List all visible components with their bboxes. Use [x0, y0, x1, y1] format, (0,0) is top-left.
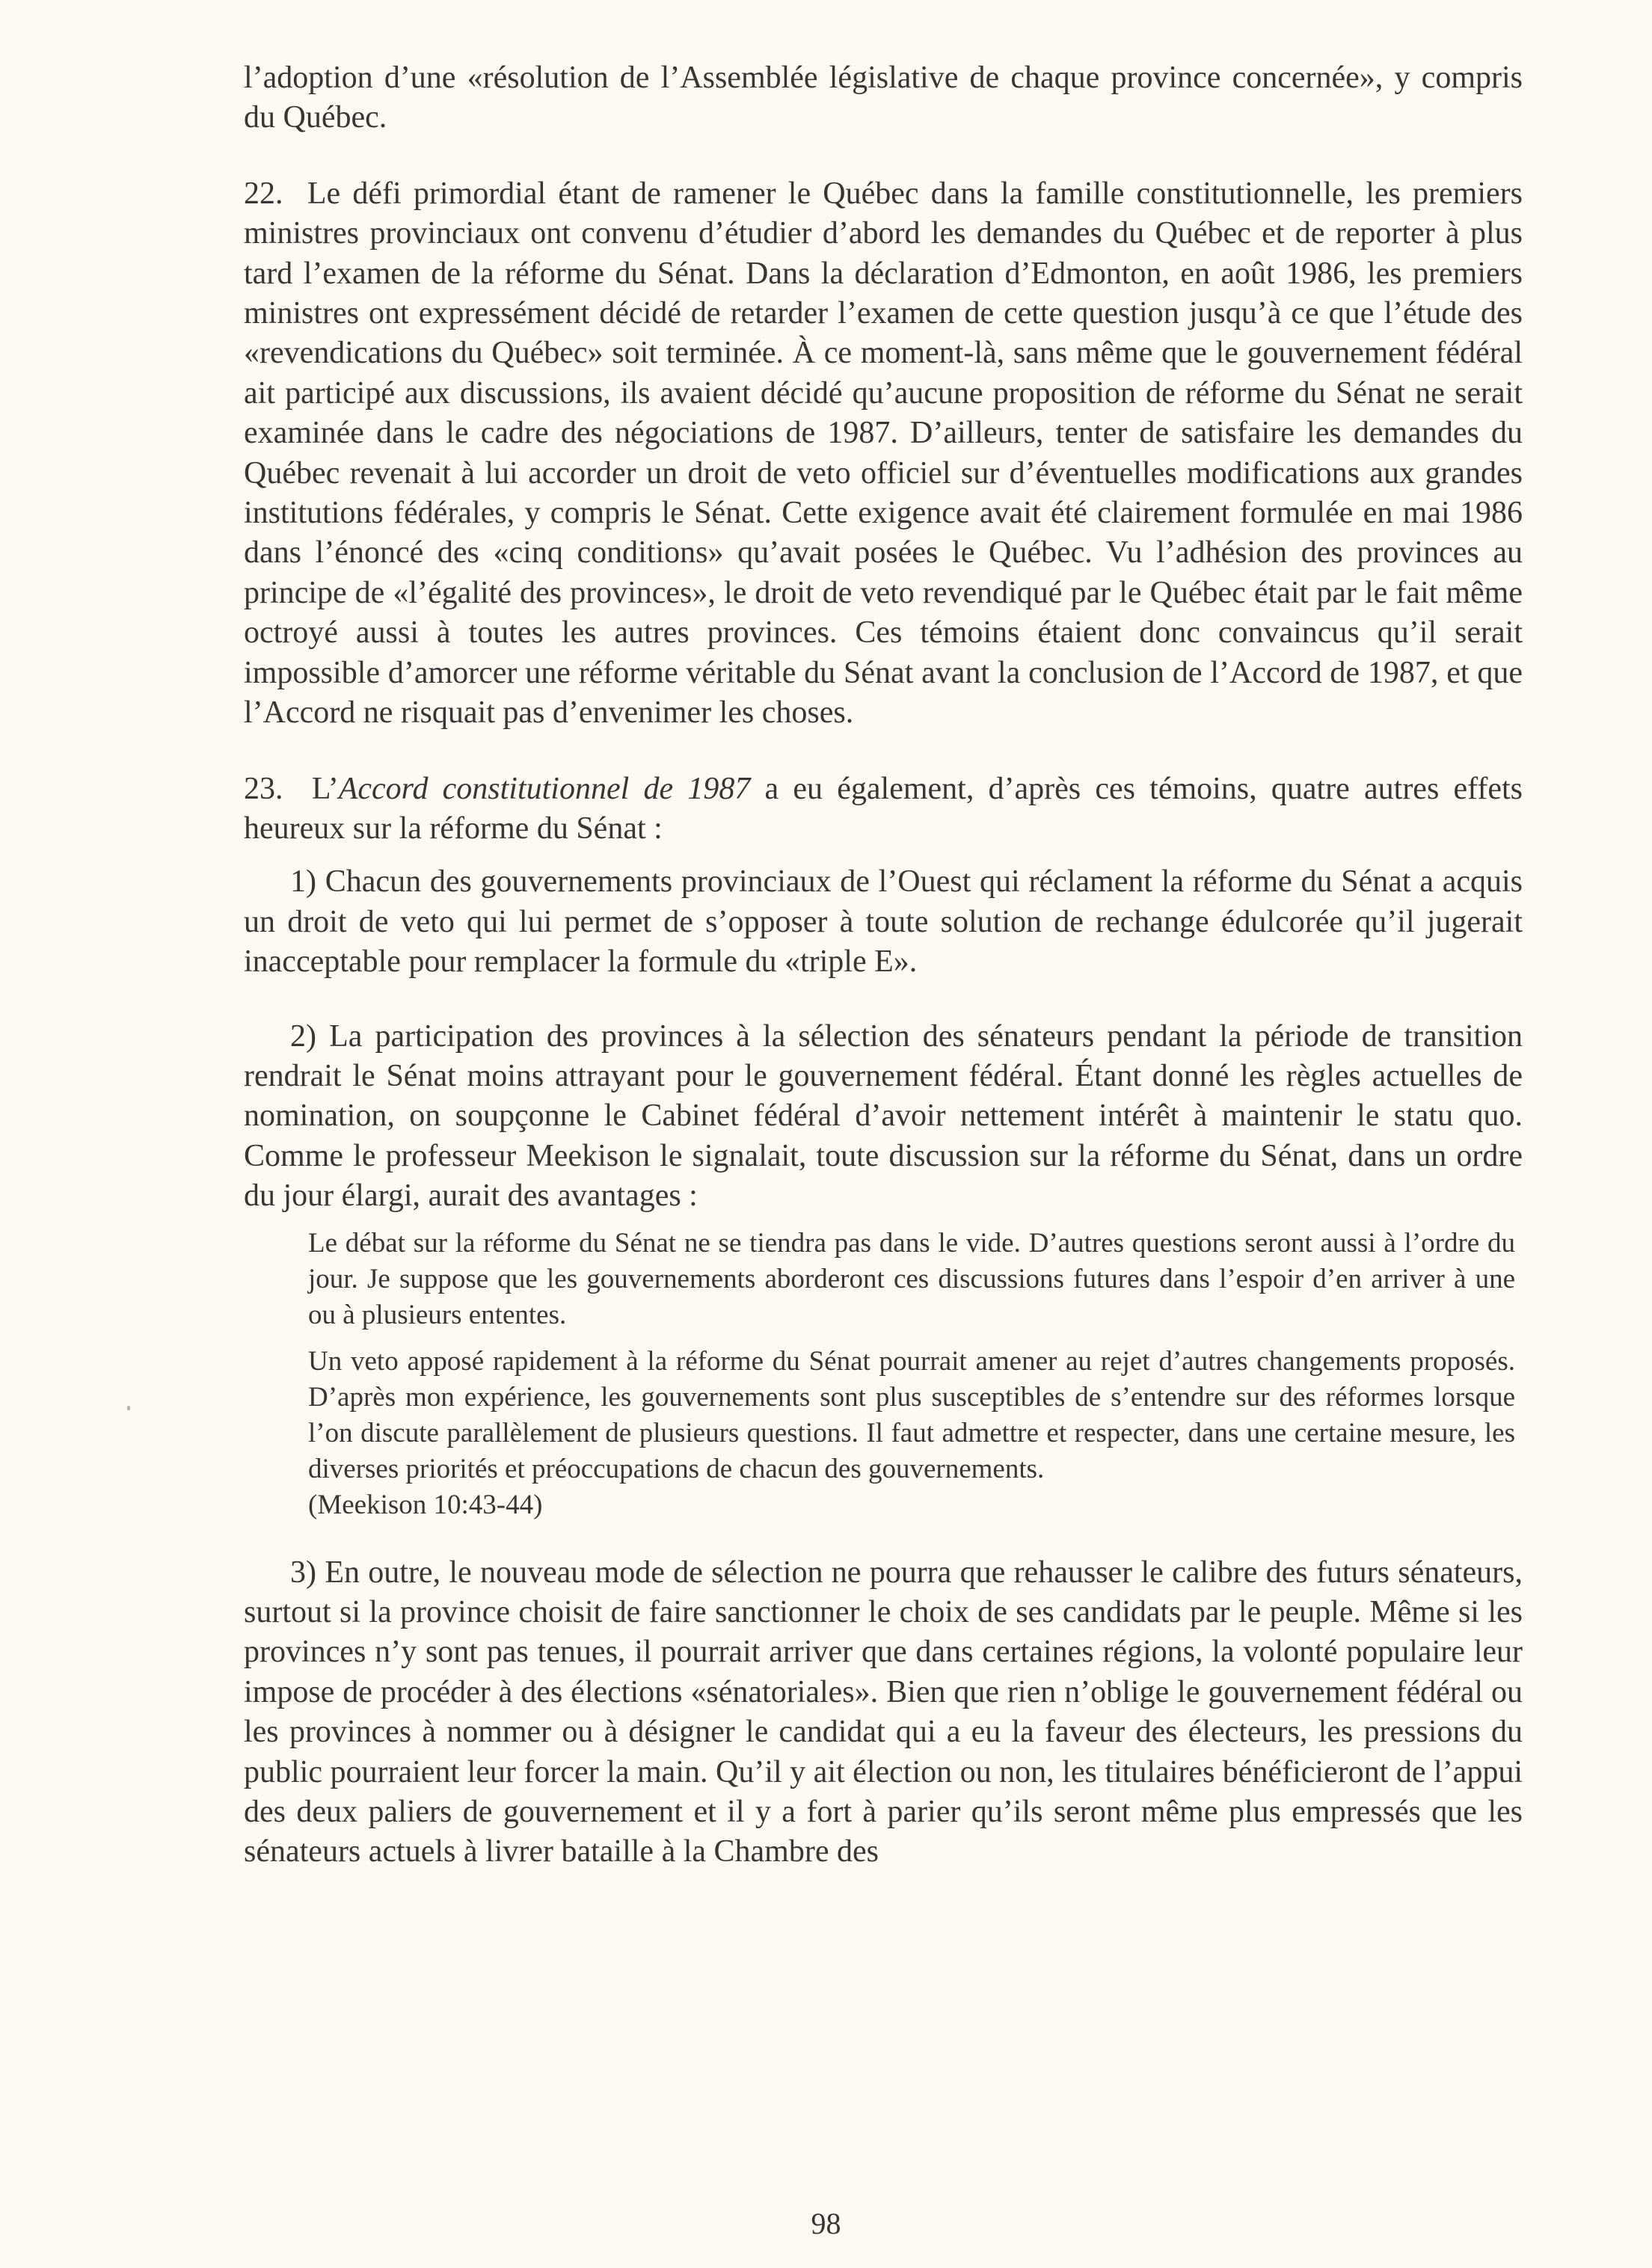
quote-paragraph: Un veto apposé rapidement à la réforme d…	[308, 1344, 1515, 1487]
list-item-text: La participation des provinces à la séle…	[244, 1019, 1523, 1214]
list-item-1: 1) Chacun des gouvernements provinciaux …	[244, 862, 1523, 982]
italic-title: Accord constitutionnel de 1987	[339, 772, 751, 806]
paragraph-22: 22. Le défi primordial étant de ramener …	[244, 174, 1523, 734]
list-item-text: Chacun des gouvernements provinciaux de …	[244, 864, 1523, 979]
block-quote: Le débat sur la réforme du Sénat ne se t…	[308, 1226, 1515, 1523]
paragraph-number: 23.	[244, 772, 283, 806]
continuation-paragraph: l’adoption d’une «résolution de l’Assemb…	[244, 58, 1523, 138]
list-item-3: 3) En outre, le nouveau mode de sélectio…	[244, 1553, 1523, 1872]
document-page: l’adoption d’une «résolution de l’Assemb…	[244, 58, 1523, 1872]
list-item-text: En outre, le nouveau mode de sélection n…	[244, 1555, 1523, 1869]
quote-paragraph: Le débat sur la réforme du Sénat ne se t…	[308, 1226, 1515, 1333]
quote-citation: (Meekison 10:43-44)	[308, 1487, 1515, 1523]
list-item-label: 3)	[290, 1555, 316, 1590]
paragraph-text: Le défi primordial étant de ramener le Q…	[244, 176, 1523, 730]
page-number: 98	[0, 2206, 1652, 2241]
list-item-label: 1)	[290, 864, 316, 899]
paragraph-number: 22.	[244, 176, 283, 211]
paragraph-23: 23. L’Accord constitutionnel de 1987 a e…	[244, 769, 1523, 849]
list-item-2: 2) La participation des provinces à la s…	[244, 1017, 1523, 1217]
scan-speck	[127, 1406, 130, 1410]
paragraph-prefix: L’	[312, 772, 339, 806]
list-item-label: 2)	[290, 1019, 316, 1054]
